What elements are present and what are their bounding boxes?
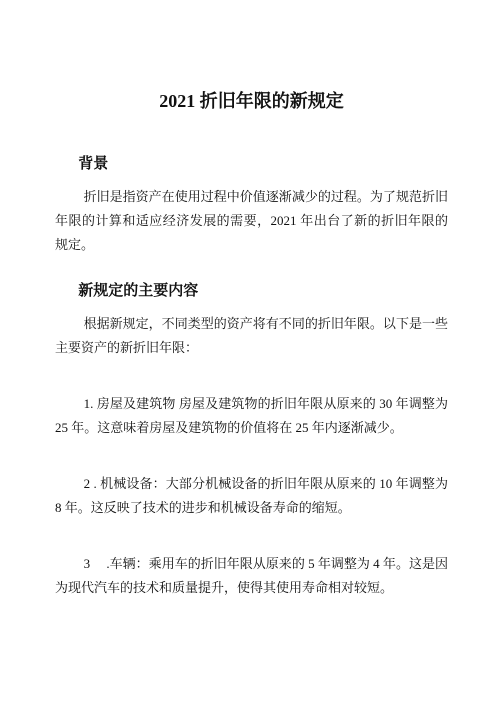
list-item-vehicles: 3 .车辆：乘用车的折旧年限从原来的 5 年调整为 4 年。这是因为现代汽车的技…: [55, 552, 448, 600]
section-heading-background: 背景: [55, 155, 448, 173]
list-item-machinery: 2 . 机械设备：大部分机械设备的折旧年限从原来的 10 年调整为 8 年。这反…: [55, 472, 448, 520]
page-title: 2021 折旧年限的新规定: [55, 90, 448, 112]
paragraph-intro: 根据新规定，不同类型的资产将有不同的折旧年限。以下是一些主要资产的新折旧年限：: [55, 312, 448, 360]
section-heading-main-content: 新规定的主要内容: [55, 282, 448, 300]
list-item-buildings: 1. 房屋及建筑物 房屋及建筑物的折旧年限从原来的 30 年调整为 25 年。这…: [55, 392, 448, 440]
paragraph-background: 折旧是指资产在使用过程中价值逐渐减少的过程。为了规范折旧年限的计算和适应经济发展…: [55, 185, 448, 257]
document-page: 2021 折旧年限的新规定 背景 折旧是指资产在使用过程中价值逐渐减少的过程。为…: [0, 0, 500, 707]
